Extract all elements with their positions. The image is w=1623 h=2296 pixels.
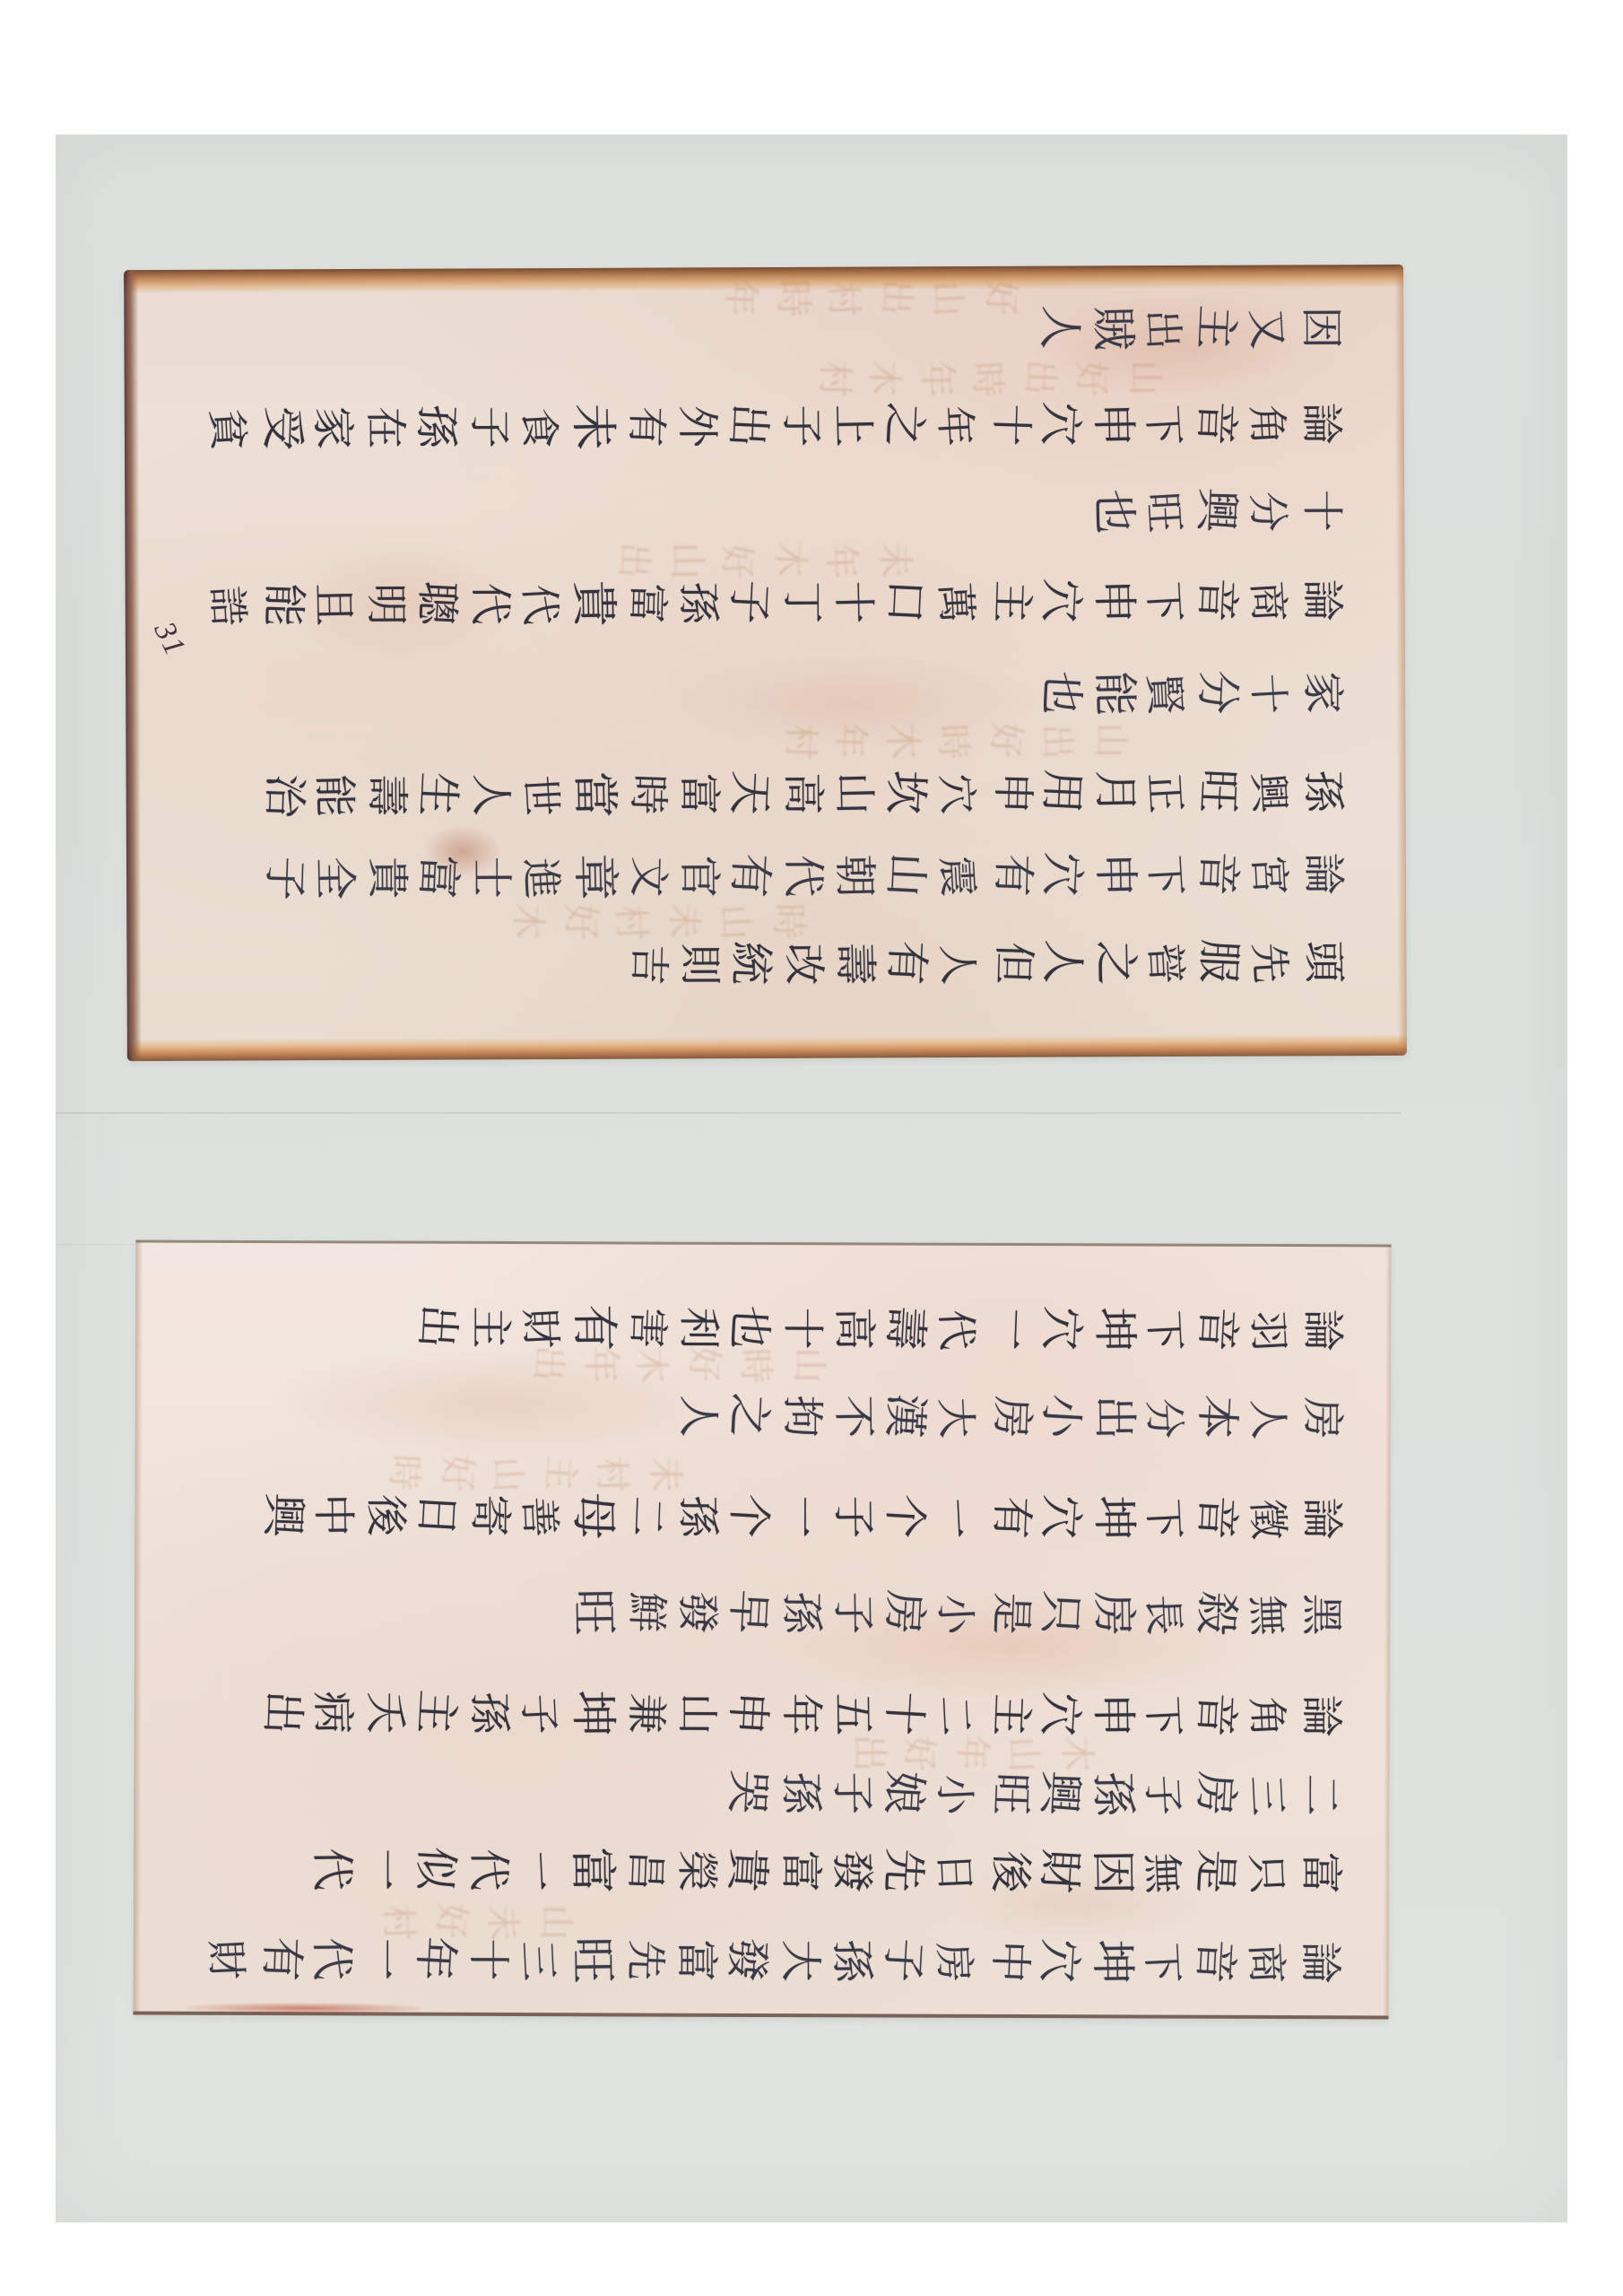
han-character: 一: [928, 1491, 983, 1545]
han-character: 下: [1135, 1689, 1190, 1744]
han-character: 旺: [1136, 485, 1191, 540]
han-character: 子: [875, 1933, 930, 1987]
han-character: 時: [959, 352, 1014, 406]
page-edge-bottom: [127, 1034, 1407, 1061]
han-character: 貴: [720, 1842, 775, 1897]
han-character: 是: [984, 1587, 1037, 1640]
han-character: 音: [1188, 1687, 1243, 1742]
han-character: 中: [983, 1935, 1037, 1988]
han-character: 主: [533, 1446, 587, 1500]
han-character: 能: [306, 768, 362, 824]
han-character: 本: [1189, 1389, 1244, 1444]
han-character: 有: [985, 848, 1039, 902]
han-character: 山: [879, 848, 933, 902]
han-character: 論: [1296, 1304, 1348, 1356]
han-character: 未: [868, 534, 920, 586]
han-character: 音: [1190, 1301, 1245, 1356]
han-character: 家: [1296, 666, 1348, 718]
manuscript-text-row: 房人本分出小房大漢不拘之人: [672, 1390, 1348, 1445]
manuscript-text-row: 家十分賢能也: [1036, 666, 1348, 720]
page-edge-right: [1394, 265, 1407, 1056]
han-character: 人: [1032, 300, 1087, 355]
bleedthrough-row: 時山未村好木: [502, 895, 814, 949]
han-character: 夭: [359, 1686, 411, 1738]
han-character: 貴: [360, 852, 412, 904]
han-character: 二: [1294, 1769, 1346, 1821]
paper-stain-red: [187, 2003, 421, 2014]
han-character: 服: [1191, 934, 1245, 988]
han-character: 人: [672, 1390, 724, 1442]
han-character: 徵: [1240, 1492, 1295, 1547]
han-character: 穴: [1033, 573, 1088, 628]
bleedthrough-row: 山未好村: [374, 1895, 582, 1948]
han-character: 但: [986, 936, 1040, 990]
han-character: 好: [978, 712, 1033, 767]
han-character: 之: [721, 1387, 776, 1442]
han-character: 子: [257, 852, 311, 906]
han-character: 論: [1295, 1492, 1347, 1544]
manuscript-text-row: 十分興旺也: [1087, 484, 1347, 537]
han-character: 好: [975, 272, 1027, 324]
han-character: 木: [762, 532, 817, 587]
han-character: 好: [891, 1726, 946, 1781]
han-character: 山: [480, 1448, 534, 1502]
han-character: 山: [707, 895, 762, 950]
bleedthrough-row: 山時好木年出: [523, 1338, 835, 1391]
han-character: 音: [1189, 572, 1244, 627]
han-character: 貧: [199, 402, 254, 457]
han-character: 明: [360, 578, 412, 631]
han-character: 月: [1086, 764, 1142, 821]
han-character: 坤: [1086, 1301, 1141, 1357]
han-character: 子: [825, 1489, 881, 1544]
han-character: 木: [856, 351, 911, 405]
han-character: 代: [929, 1302, 984, 1357]
han-character: 申: [1087, 847, 1143, 903]
han-character: 代: [512, 578, 567, 632]
han-character: 主: [464, 1301, 516, 1353]
han-character: 壽: [878, 1300, 933, 1355]
han-character: 長: [1136, 1587, 1191, 1642]
han-character: 暜: [1138, 936, 1193, 991]
han-character: 年: [573, 1336, 629, 1392]
han-character: 未: [564, 398, 621, 455]
han-character: 富: [1294, 1847, 1346, 1899]
page-edge-bottom: [133, 2012, 1388, 2020]
han-character: 賢: [1137, 667, 1192, 722]
han-character: 漢: [877, 1388, 932, 1443]
han-character: 發: [719, 1932, 774, 1987]
han-character: 穴: [1031, 1934, 1086, 1988]
han-character: 子: [511, 1687, 566, 1742]
han-character: 富: [564, 1842, 620, 1898]
han-character: 用: [1034, 764, 1089, 819]
han-character: 且: [305, 577, 361, 633]
han-character: 坤: [1085, 1490, 1141, 1545]
han-character: 年: [713, 271, 768, 326]
han-character: 代: [462, 1844, 514, 1896]
han-character: 年: [775, 1688, 827, 1740]
manuscript-text-row: 孫興旺正月用申穴坎山高天富時當世人生壽能治: [256, 765, 1349, 822]
han-character: 正: [1137, 766, 1192, 821]
han-character: 出: [1012, 350, 1067, 404]
bleedthrough-row: 未年木好山出: [608, 534, 920, 587]
page-edge-left: [133, 1240, 143, 2015]
han-character: 在: [359, 402, 411, 454]
han-character: 宮: [1241, 848, 1296, 902]
han-character: 出: [1029, 714, 1084, 769]
han-character: 時: [621, 768, 675, 822]
han-character: 孫: [1297, 765, 1349, 817]
han-character: 榮: [670, 1845, 722, 1897]
han-character: 論: [1295, 397, 1347, 449]
han-character: 角: [1239, 397, 1294, 452]
han-character: 旺: [565, 1584, 621, 1639]
han-character: 坤: [1084, 1934, 1140, 1989]
han-character: 三: [1239, 1769, 1294, 1823]
page-edge-left: [124, 270, 142, 1061]
han-character: 旺: [1190, 763, 1245, 818]
han-character: 木: [1050, 1727, 1102, 1779]
han-character: 申: [985, 766, 1039, 820]
han-character: 村: [584, 1448, 638, 1502]
page-edge-right: [1383, 1244, 1391, 2019]
han-character: 哭: [720, 1764, 775, 1819]
han-character: 羽: [1241, 1304, 1296, 1359]
han-character: 壽: [360, 770, 412, 822]
bleedthrough-row: 山出好時木年村: [772, 714, 1136, 768]
han-character: 十: [1241, 666, 1296, 721]
bleedthrough-row: 木山年好出: [842, 1726, 1102, 1779]
han-character: 孫: [775, 1587, 827, 1639]
han-character: 商: [1240, 574, 1295, 629]
page-number: 31: [140, 617, 193, 667]
han-character: 兼: [620, 1687, 673, 1741]
han-character: 誥: [200, 578, 255, 633]
han-character: 代: [304, 1931, 360, 1987]
han-character: 十: [984, 398, 1037, 452]
han-character: 小: [928, 1587, 983, 1641]
han-character: 下: [1137, 848, 1192, 903]
han-character: 主: [408, 1684, 463, 1739]
han-character: 子: [463, 401, 515, 453]
han-character: 之: [1087, 935, 1143, 991]
han-character: 富: [673, 768, 725, 820]
han-character: 坤: [565, 1685, 621, 1741]
han-character: 出: [521, 1336, 576, 1391]
han-character: 受: [256, 402, 309, 456]
han-character: 出: [869, 270, 924, 325]
han-character: 好: [1063, 352, 1118, 406]
han-character: 似: [408, 1841, 463, 1896]
han-character: 賊: [1084, 300, 1141, 357]
han-character: 世: [513, 769, 568, 823]
han-character: 興: [256, 1488, 309, 1542]
han-character: 生: [410, 767, 464, 822]
han-character: 村: [774, 715, 828, 769]
han-character: 富: [774, 1845, 826, 1897]
han-character: 能: [256, 578, 310, 632]
han-character: 年: [908, 351, 965, 407]
han-character: 个: [721, 1488, 776, 1543]
han-character: 無: [1240, 1588, 1295, 1643]
han-character: 有: [984, 1491, 1037, 1544]
han-character: 申: [720, 1685, 775, 1740]
han-character: 壽: [827, 935, 883, 992]
han-character: 黑: [1295, 1588, 1347, 1640]
han-character: 个: [877, 1489, 932, 1544]
han-character: 分: [1136, 1391, 1191, 1446]
han-character: 坎: [878, 765, 933, 820]
han-character: 房: [1188, 1766, 1243, 1821]
han-character: 代: [304, 1841, 360, 1897]
han-character: 時: [765, 270, 821, 326]
han-character: 主: [1188, 300, 1243, 354]
han-character: 出: [721, 398, 776, 453]
manuscript-text-row: 論角音下申穴主二十五年申山兼坤子孫主夭病出: [255, 1686, 1347, 1742]
han-character: 好: [709, 535, 764, 589]
han-character: 房: [1296, 1392, 1348, 1444]
han-character: 分: [1190, 665, 1245, 719]
han-character: 出: [256, 1685, 309, 1739]
han-character: 大: [774, 1935, 826, 1987]
han-character: 下: [1136, 575, 1191, 630]
han-character: 不: [826, 1388, 881, 1444]
han-character: 無: [1135, 1846, 1190, 1900]
han-character: 下: [1137, 1303, 1192, 1358]
han-character: 富: [670, 1935, 722, 1987]
han-character: 時: [377, 1445, 431, 1500]
han-character: 村: [371, 1895, 426, 1950]
han-character: 中: [305, 1487, 360, 1543]
page-edge-top: [136, 1240, 1392, 1248]
han-character: 年: [927, 399, 982, 454]
han-character: 未: [475, 1896, 530, 1951]
han-character: 財: [1032, 1844, 1087, 1899]
han-character: 木: [624, 1338, 679, 1393]
han-character: 好: [677, 1336, 732, 1391]
han-character: 出: [1086, 1389, 1141, 1445]
han-character: 申: [1085, 573, 1141, 630]
han-character: 有: [620, 400, 673, 454]
han-character: 出: [606, 533, 661, 587]
han-character: 好: [552, 893, 609, 950]
han-character: 山: [530, 1896, 582, 1948]
han-character: 小: [1033, 1389, 1088, 1444]
han-character: 只: [1033, 1586, 1088, 1640]
han-character: 年: [944, 1725, 999, 1779]
han-character: 興: [1241, 765, 1296, 820]
han-character: 音: [1187, 1934, 1242, 1988]
manuscript-text-row: 富只是無因財後日先發富貴榮昌富一代似一代: [306, 1843, 1346, 1899]
han-character: 主: [985, 575, 1038, 629]
han-character: 人: [1035, 935, 1089, 989]
han-character: 全: [307, 850, 363, 907]
han-character: 人: [930, 937, 985, 992]
han-character: 先: [1242, 935, 1297, 990]
han-character: 子: [825, 1585, 881, 1640]
han-character: 村: [816, 272, 871, 326]
han-character: 先: [619, 1934, 673, 1987]
manuscript-page-bottom: 論羽音下坤穴一代壽高十也利害有財主出房人本分出小房大漢不拘之人論徵音下坤穴有一个…: [133, 1240, 1391, 2020]
han-character: 山: [658, 533, 715, 589]
han-character: 一: [511, 1844, 566, 1899]
bleedthrough-row: 山好出時年木村: [806, 352, 1170, 405]
han-character: 好: [423, 1893, 478, 1948]
screenshot-root: { "photo": { "kind": "photograph of a tw…: [0, 0, 1623, 2296]
han-character: 有: [879, 935, 933, 990]
han-character: 未: [639, 1448, 691, 1500]
han-character: 聰: [409, 576, 464, 631]
han-character: 十: [1295, 484, 1347, 536]
han-character: 興: [1189, 483, 1244, 537]
han-character: 出: [410, 1299, 464, 1353]
han-character: 山: [1118, 352, 1170, 404]
bleedthrough-row: 好山出村時年: [715, 272, 1027, 326]
han-character: 萬: [928, 576, 983, 631]
han-character: 家: [304, 400, 360, 457]
han-character: 商: [1238, 1936, 1293, 1991]
han-character: 一: [775, 1491, 827, 1543]
han-character: 論: [1296, 574, 1348, 626]
han-character: 只: [1239, 1847, 1294, 1901]
han-character: 天: [722, 766, 777, 821]
han-character: 日: [927, 1845, 982, 1900]
han-character: 未: [656, 893, 711, 948]
han-character: 是: [1188, 1844, 1243, 1899]
han-character: 好: [429, 1446, 484, 1501]
manuscript-text-row: 因又主出賊人: [1034, 301, 1346, 355]
han-character: 木: [500, 894, 555, 949]
han-character: 孫: [463, 1687, 515, 1739]
han-character: 村: [808, 352, 862, 406]
photo-backdrop: 31 因又主出賊人論角音下申穴十年之上子出外有未食子孫在家受貧十分興旺也論商音下…: [56, 135, 1567, 2222]
han-character: 穴: [1035, 847, 1089, 901]
han-character: 穴: [1034, 1301, 1089, 1356]
han-character: 上: [824, 397, 881, 454]
backdrop-seam-line: [56, 1112, 1401, 1114]
han-character: 高: [777, 768, 829, 820]
han-character: 山: [671, 1688, 723, 1740]
han-character: 音: [1189, 396, 1244, 450]
han-character: 年: [822, 713, 877, 768]
han-character: 音: [1191, 846, 1245, 900]
manuscript-text-row: 論角音下申穴十年之上子出外有未食子孫在家受貧: [203, 397, 1347, 455]
han-character: 一: [358, 1843, 410, 1895]
han-character: 因: [1294, 301, 1346, 353]
han-character: 山: [1084, 714, 1136, 766]
han-character: 孫: [409, 399, 464, 454]
han-character: 下: [1136, 1492, 1191, 1546]
han-character: 房: [877, 1585, 932, 1639]
han-character: 當: [566, 766, 622, 822]
han-character: 穴: [929, 767, 984, 822]
han-character: 子: [1135, 1768, 1190, 1822]
han-character: 孫: [774, 1767, 826, 1819]
han-character: 治: [257, 770, 311, 823]
han-character: 下: [1135, 398, 1190, 453]
han-character: 出: [840, 1725, 896, 1780]
han-character: 外: [671, 400, 723, 452]
han-character: 病: [305, 1684, 360, 1740]
han-character: 因: [1084, 1844, 1140, 1900]
han-character: 時: [762, 895, 814, 947]
han-character: 房: [926, 1935, 981, 1989]
han-character: 富: [411, 849, 465, 904]
han-character: 大: [928, 1390, 983, 1445]
han-character: 人: [464, 769, 516, 821]
han-character: 音: [1189, 1490, 1244, 1544]
han-character: 頭: [1297, 935, 1349, 987]
han-character: 殺: [1189, 1586, 1244, 1640]
han-character: 鮮: [620, 1586, 673, 1639]
han-character: 房: [1085, 1586, 1141, 1641]
han-character: 山: [783, 1339, 835, 1391]
han-character: 早: [721, 1584, 776, 1639]
han-character: 又: [1239, 301, 1294, 356]
han-character: 角: [1239, 1690, 1294, 1744]
han-character: 拘: [776, 1390, 828, 1442]
han-character: 論: [1297, 848, 1349, 900]
han-character: 發: [824, 1843, 880, 1899]
han-character: 穴: [1033, 1490, 1088, 1544]
han-character: 人: [1240, 1392, 1295, 1447]
han-character: 震: [929, 849, 984, 904]
manuscript-text-row: 黑無殺長房只是小房子孫早發鮮旺: [567, 1586, 1347, 1640]
han-character: 孫: [824, 1933, 880, 1988]
han-character: 代: [464, 578, 516, 630]
han-character: 房: [985, 1390, 1038, 1444]
han-character: 也: [1034, 665, 1089, 720]
han-character: 後: [983, 1845, 1037, 1899]
han-character: 發: [671, 1587, 723, 1639]
han-character: 木: [874, 713, 931, 770]
han-character: 先: [876, 1843, 931, 1898]
han-character: 昌: [619, 1844, 673, 1898]
han-character: 論: [1294, 1936, 1346, 1988]
han-character: 出: [1135, 302, 1190, 357]
han-character: 財: [198, 1933, 253, 1987]
bleedthrough-row: 未村主山好時: [379, 1448, 691, 1500]
han-character: 下: [1134, 1935, 1189, 1990]
han-character: 有: [255, 1932, 308, 1986]
han-character: 村: [603, 895, 658, 950]
han-character: 時: [925, 715, 980, 770]
han-character: 分: [1240, 484, 1295, 539]
han-character: 食: [511, 401, 566, 456]
han-character: 也: [1085, 483, 1141, 540]
han-character: 論: [1295, 1690, 1347, 1742]
han-character: 子: [775, 400, 827, 452]
han-character: 山: [826, 765, 882, 822]
han-character: 山: [920, 272, 975, 326]
han-character: 時: [728, 1339, 783, 1394]
manuscript-page-top: 31 因又主出賊人論角音下申穴十年之上子出外有未食子孫在家受貧十分興旺也論商音下…: [124, 265, 1407, 1061]
han-character: 年: [813, 534, 868, 588]
han-character: 一: [985, 1302, 1038, 1356]
han-character: 山: [995, 1727, 1050, 1782]
han-character: 朝: [827, 848, 883, 904]
